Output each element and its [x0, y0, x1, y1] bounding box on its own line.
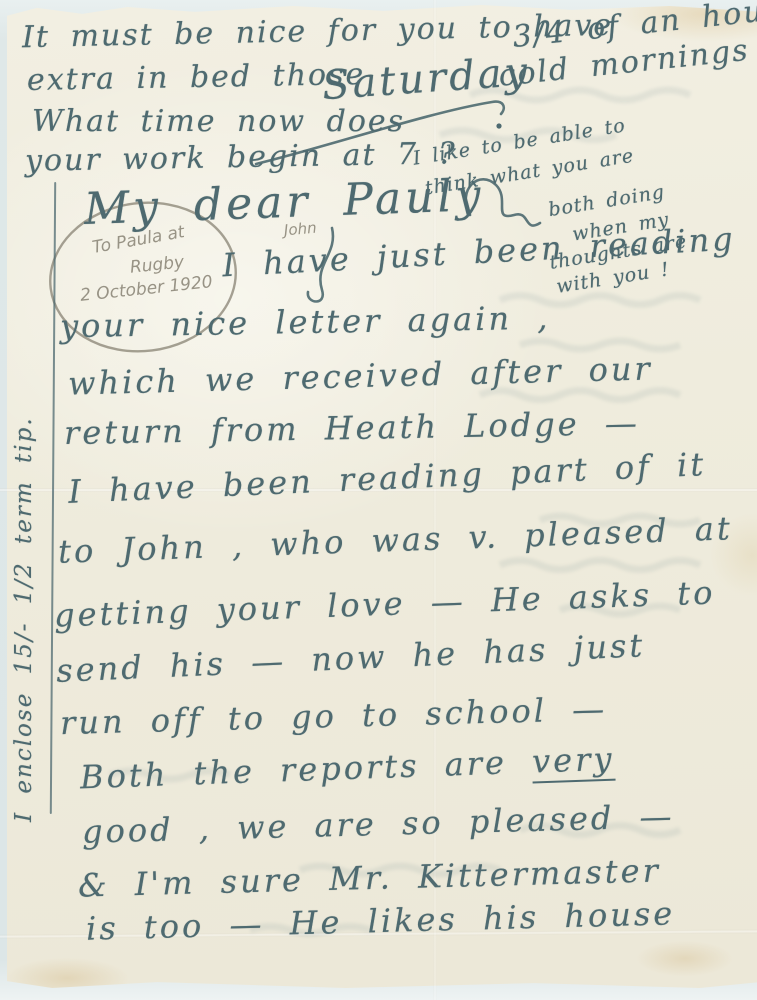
- body-line-text: Both the reports are: [79, 743, 532, 797]
- header-line: extra in bed those: [27, 59, 366, 96]
- body-line: return from Heath Lodge —: [64, 407, 640, 451]
- emphasized-word: very: [531, 740, 615, 784]
- body-line: & I'm sure Mr. Kittermaster: [78, 854, 662, 903]
- body-line: send his — now he has just: [56, 629, 646, 688]
- body-line: good , we are so pleased —: [82, 800, 675, 849]
- body-line: which we received after our: [68, 352, 653, 401]
- pencil-recipient-annotation: Rugby: [129, 254, 185, 277]
- margin-tip-note: I enclose 15/- 1/2 term tip.: [12, 152, 36, 822]
- body-line: your nice letter again ,: [60, 302, 551, 344]
- margin-rule-line: [50, 182, 56, 814]
- letter-content: It must be nice for you to have 3/4 of a…: [0, 0, 757, 1000]
- body-line: is too — He likes his house: [86, 897, 676, 946]
- body-line-emphasis: Both the reports are very: [80, 743, 615, 795]
- body-line: getting your love — He asks to: [54, 576, 716, 633]
- header-line: your work begin at 7 ?: [25, 138, 457, 177]
- header-line: What time now does: [32, 106, 405, 138]
- pencil-name-annotation: John: [283, 221, 317, 240]
- body-line: to John , who was v. pleased at: [58, 512, 734, 569]
- body-line: run off to go to school —: [60, 693, 608, 741]
- body-line: I have been reading part of it: [68, 448, 707, 509]
- pencil-date-annotation: 2 October 1920: [79, 274, 213, 306]
- scan-background: It must be nice for you to have 3/4 of a…: [0, 0, 757, 1000]
